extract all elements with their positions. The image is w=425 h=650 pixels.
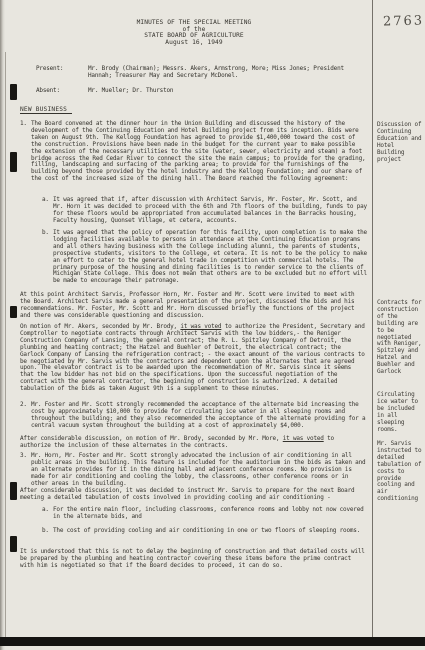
subitem-letter: a. <box>42 197 53 225</box>
scan-bottom-edge <box>0 637 425 646</box>
item-number: 1. <box>20 121 31 183</box>
paragraph-decided-instruct-sarvis: After considerable discussion, it was de… <box>20 488 368 502</box>
subitem-text: The cost of providing cooling and air co… <box>53 528 368 535</box>
absent-row: Absent: Mr. Mueller; Dr. Thurston <box>36 88 368 95</box>
minute-item-1: 1. The Board convened at the dinner hour… <box>20 121 368 183</box>
subitem-text: It was agreed that the policy of operati… <box>53 230 368 285</box>
minute-item-2: 2. Mr. Foster and Mr. Scott strongly rec… <box>20 402 368 430</box>
motion-post-text: to authorize the President, Secretary an… <box>20 323 365 392</box>
section-heading: NEW BUSINESS <box>20 107 368 114</box>
absent-names: Mr. Mueller; Dr. Thurston <box>88 88 368 95</box>
item-text: The Board convened at the dinner hour in… <box>31 121 368 183</box>
scan-artifact <box>10 152 17 172</box>
subitem-text: It was agreed that if, after discussion … <box>53 197 368 225</box>
item-number: 3. <box>20 453 31 488</box>
item-number: 2. <box>20 402 31 430</box>
scanned-minutes-page: 2763 MINUTES OF THE SPECIAL MEETING of t… <box>0 0 425 650</box>
present-names: Mr. Brody (Chairman); Messrs. Akers, Arm… <box>88 66 368 80</box>
paragraph-motion-alternates: After considerable discussion, on motion… <box>20 436 368 450</box>
subitem-letter: b. <box>42 230 53 285</box>
margin-note-sarvis-tabulation: Mr. Sarvis instructed to detailed tabula… <box>377 441 423 503</box>
section-heading-text: NEW BUSINESS <box>20 106 72 114</box>
absent-label: Absent: <box>36 88 88 95</box>
minute-item-3b: b. The cost of providing cooling and air… <box>42 528 368 535</box>
minute-item-1a: a. It was agreed that if, after discussi… <box>42 197 368 225</box>
present-row: Present: Mr. Brody (Chairman); Messrs. A… <box>36 66 368 80</box>
present-label: Present: <box>36 66 88 80</box>
margin-note-contracts: Contracts for construction of the buildi… <box>377 300 423 376</box>
minute-item-1b: b. It was agreed that the policy of oper… <box>42 230 368 285</box>
item-text: Mr. Horn, Mr. Foster and Mr. Scott stron… <box>31 453 368 488</box>
paragraph-understood: It is understood that this is not to del… <box>20 549 368 570</box>
document-header: MINUTES OF THE SPECIAL MEETING of the ST… <box>20 20 368 46</box>
minute-item-3a: a. For the entire main floor, including … <box>42 507 368 521</box>
minute-item-3: 3. Mr. Horn, Mr. Foster and Mr. Scott st… <box>20 453 368 488</box>
subitem-letter: a. <box>42 507 53 521</box>
margin-note-ice-water: Circulating ice water to be included in … <box>377 392 423 433</box>
item-text: Mr. Foster and Mr. Scott strongly recomm… <box>31 402 368 430</box>
it-was-voted-underlined: it was voted <box>283 435 324 442</box>
page-number: 2763 <box>383 13 424 29</box>
scan-artifact <box>10 306 17 318</box>
scan-artifact <box>10 536 17 552</box>
subitem-letter: b. <box>42 528 53 535</box>
paragraph-sarvis-presentation: At this point Architect Sarvis, Professo… <box>20 292 368 320</box>
scan-artifact <box>10 482 17 500</box>
left-margin-rule <box>5 52 6 637</box>
margin-divider-rule <box>372 0 373 637</box>
margin-note-discussion: Discussion of Continuing Education and H… <box>377 122 423 163</box>
paragraph-motion-contracts: On motion of Mr. Akers, seconded by Mr. … <box>20 324 368 393</box>
header-date: August 16, 1949 <box>20 40 368 47</box>
scan-artifact <box>10 84 17 100</box>
subitem-text: For the entire main floor, including cla… <box>53 507 368 521</box>
